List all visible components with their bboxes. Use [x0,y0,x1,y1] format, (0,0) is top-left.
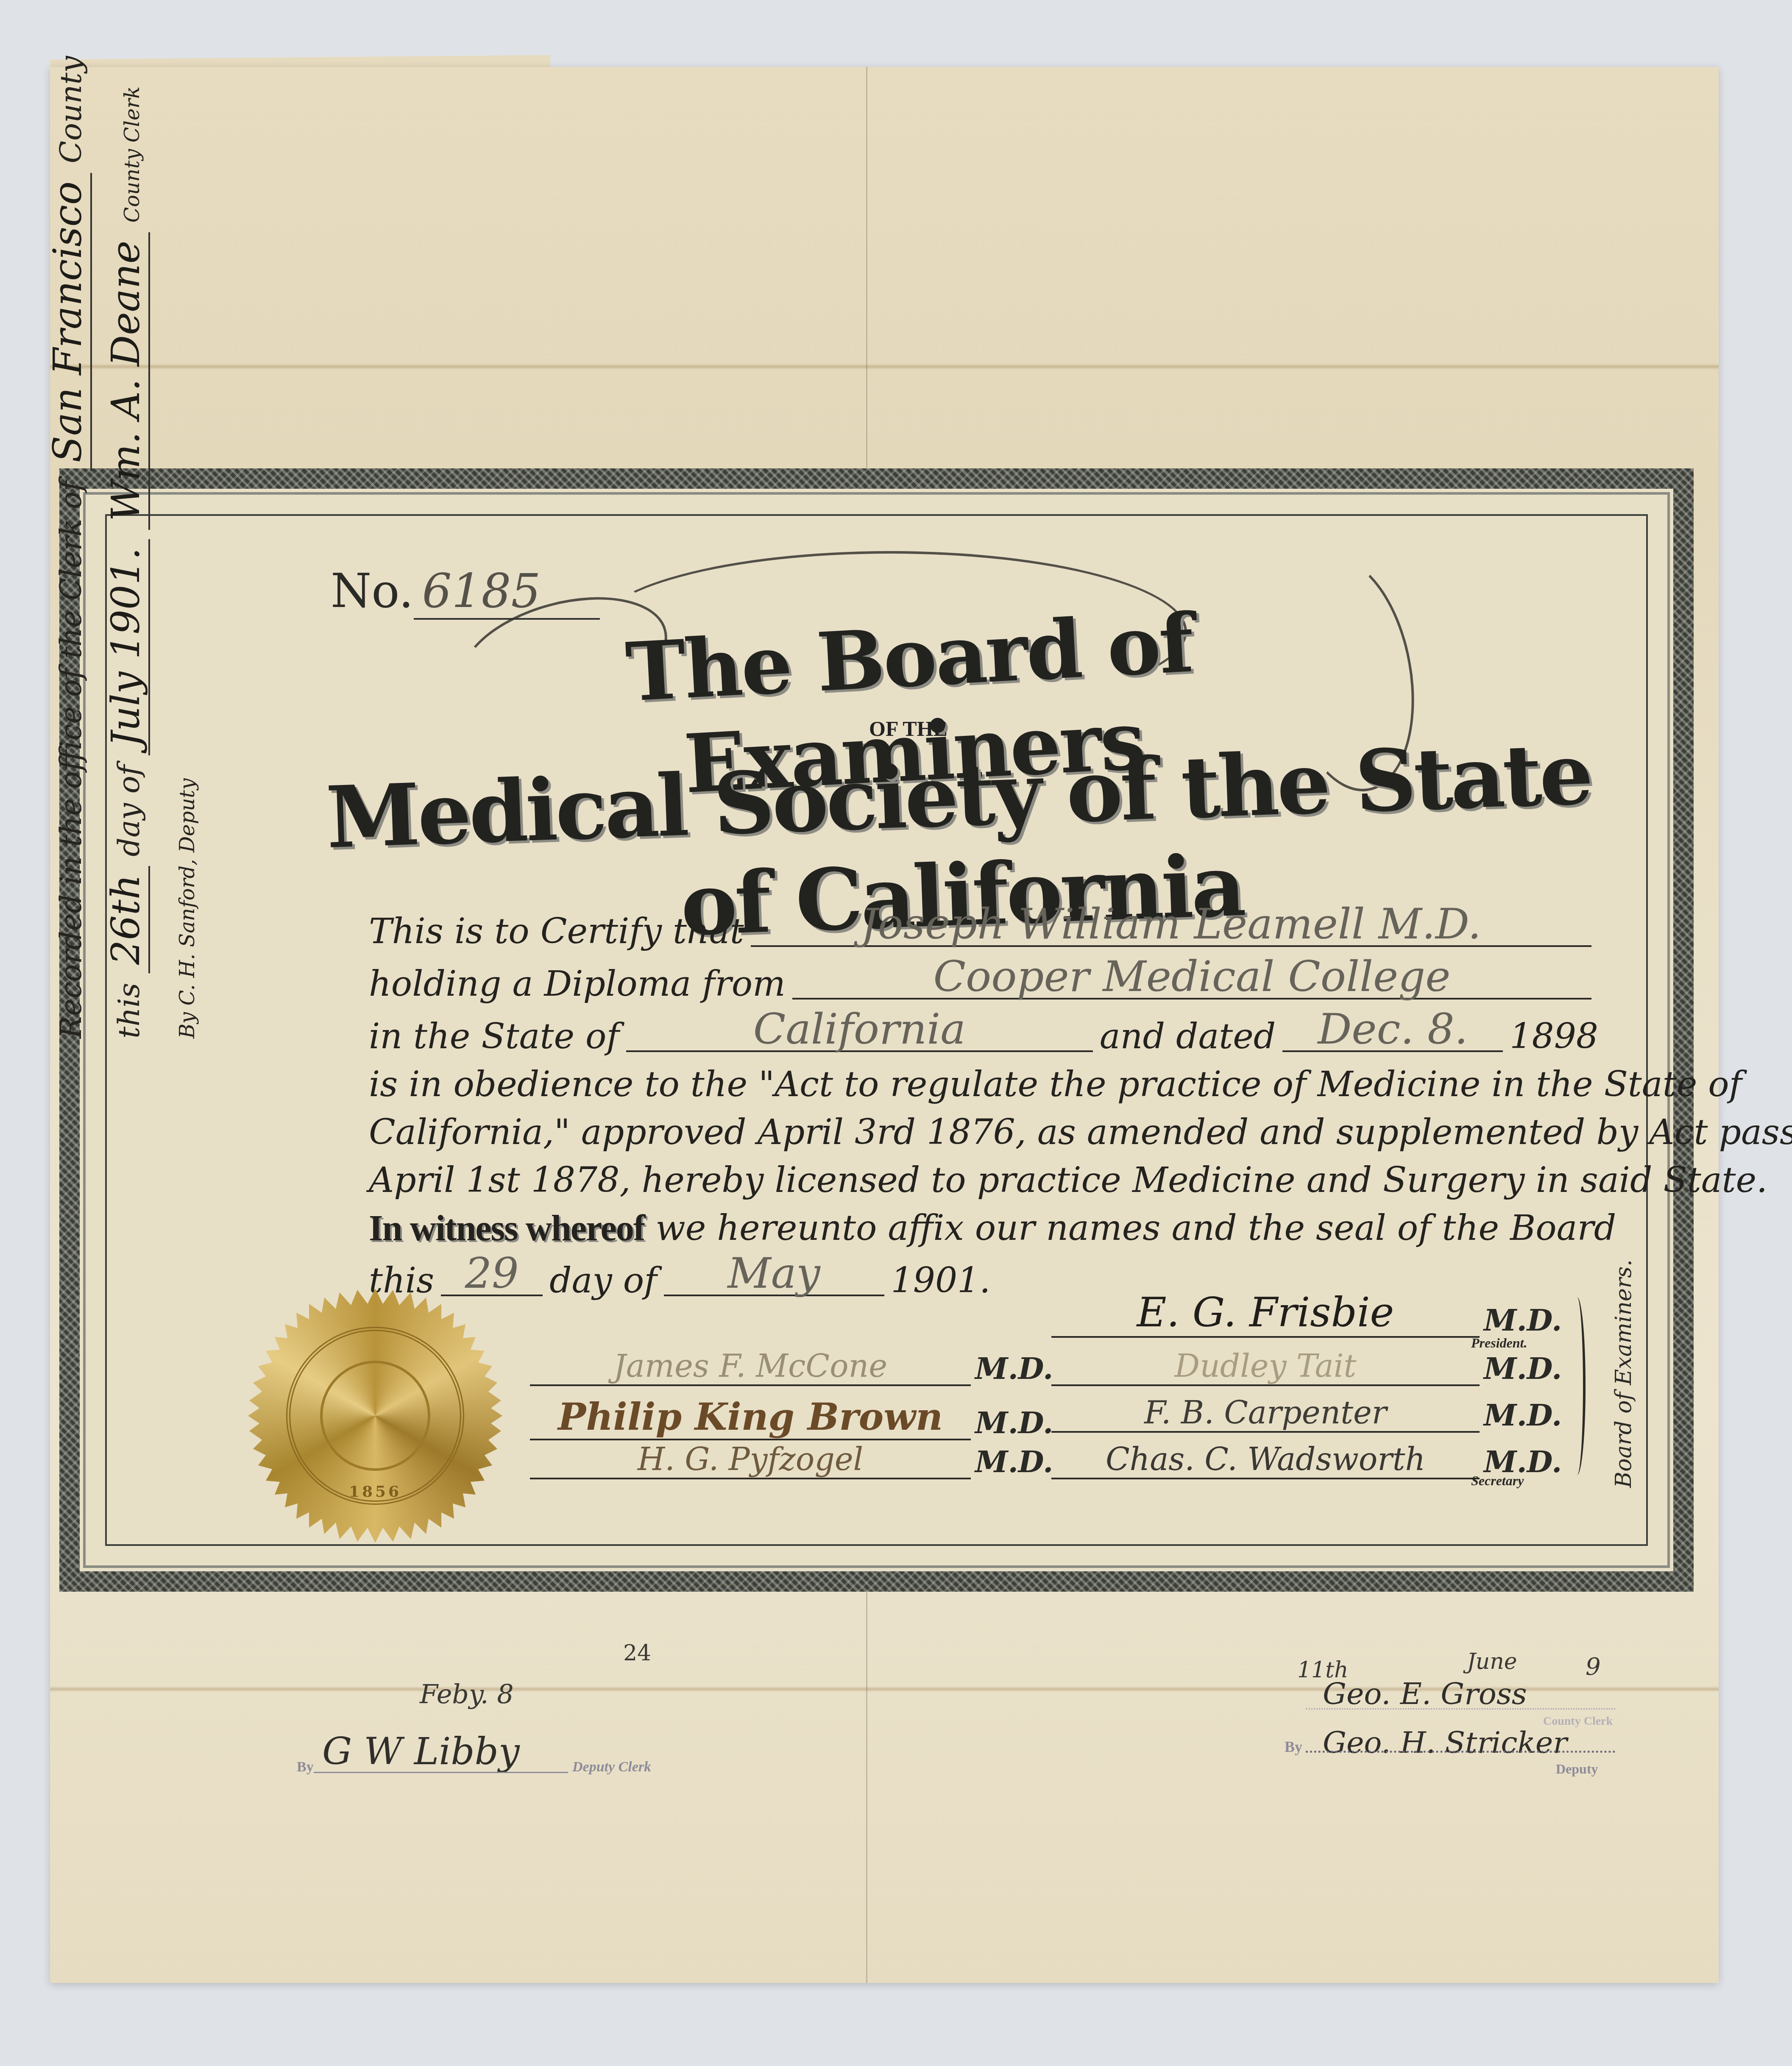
deputy-line: By C. H. Sanford, Deputy [160,64,215,1039]
left-deputy-line [314,1772,568,1773]
clerk-signature: Wm. A. Deane [103,232,150,530]
right-clerk-number: 9 [1586,1653,1601,1681]
county-value: San Francisco [45,173,92,471]
gold-seal: 1856 [248,1289,502,1543]
signature-president: E. G. Frisbie M.D. [1051,1289,1562,1338]
board-of-examiners-label: Board of Examiners. [1611,1259,1636,1488]
recorded-line-1: Recorded in the office of the Clerk of S… [40,64,98,1039]
fold-crease [50,364,1719,370]
right-deputy-line [1306,1751,1615,1753]
diploma-date: Dec. 8. [1282,1008,1503,1052]
seal-year: 1856 [248,1483,502,1501]
signature-left-1: James F. McCone M.D. [530,1348,1053,1386]
secretary-label: Secretary [1471,1473,1524,1489]
recorded-line-2: this 26th day of July 1901. Wm. A. Deane… [98,64,160,1039]
body-line-diploma: holding a Diploma from Cooper Medical Co… [369,955,1598,1008]
recorded-month-year: July 1901. [103,539,150,755]
body-line-witness: In witness whereof we hereunto affix our… [369,1204,1598,1252]
right-clerk-month: June [1467,1649,1517,1674]
signature-left-3: H. G. Pyfzogel M.D. [530,1441,1053,1479]
issue-year: 1901. [891,1257,991,1305]
clerk-title: County Clerk [120,86,144,223]
recorded-day: 26th [103,866,150,973]
diploma-state: California [626,1008,1093,1052]
diploma-institution: Cooper Medical College [792,955,1591,1000]
licensee-name: Joseph William Leamell M.D. [751,903,1591,947]
left-deputy-label: Deputy Clerk [572,1759,651,1775]
body-line-act: is in obedience to the "Act to regulate … [369,1061,1598,1108]
signature-left-2: Philip King Brown M.D. [530,1395,1053,1440]
left-clerk-superscript: 24 [623,1640,651,1666]
right-by-label: By [1285,1738,1302,1756]
diploma-year: 1898 [1510,1013,1598,1061]
title-of-the: OF THE [869,716,948,741]
right-clerk-signature: Geo. E. Gross [1323,1676,1527,1711]
right-deputy-signature: Geo. H. Stricker [1323,1725,1567,1760]
right-deputy-label: Deputy [1556,1761,1598,1777]
seal-inner-ring [320,1361,430,1471]
body-line-certify: This is to Certify that Joseph William L… [369,903,1598,955]
board-brace [1569,1297,1586,1475]
left-clerk-date: Feby. 8 [420,1679,514,1710]
body-line-approved: California," approved April 3rd 1876, as… [369,1108,1598,1156]
left-deputy-signature: G W Libby [322,1729,520,1773]
in-witness-whereof: In witness whereof [369,1204,644,1252]
body-line-licensed: April 1st 1878, hereby licensed to pract… [369,1156,1598,1204]
left-by-label: By [297,1759,314,1775]
certificate-body: This is to Certify that Joseph William L… [369,903,1598,1305]
right-clerk-line [1306,1708,1615,1710]
signature-right-3: F. B. Carpenter M.D. [1051,1395,1562,1433]
signature-right-2: Dudley Tait M.D. [1051,1348,1562,1386]
recording-annotation: Recorded in the office of the Clerk of S… [40,64,215,1039]
issue-month: May [664,1252,884,1296]
body-line-state: in the State of California and dated Dec… [369,1008,1598,1061]
